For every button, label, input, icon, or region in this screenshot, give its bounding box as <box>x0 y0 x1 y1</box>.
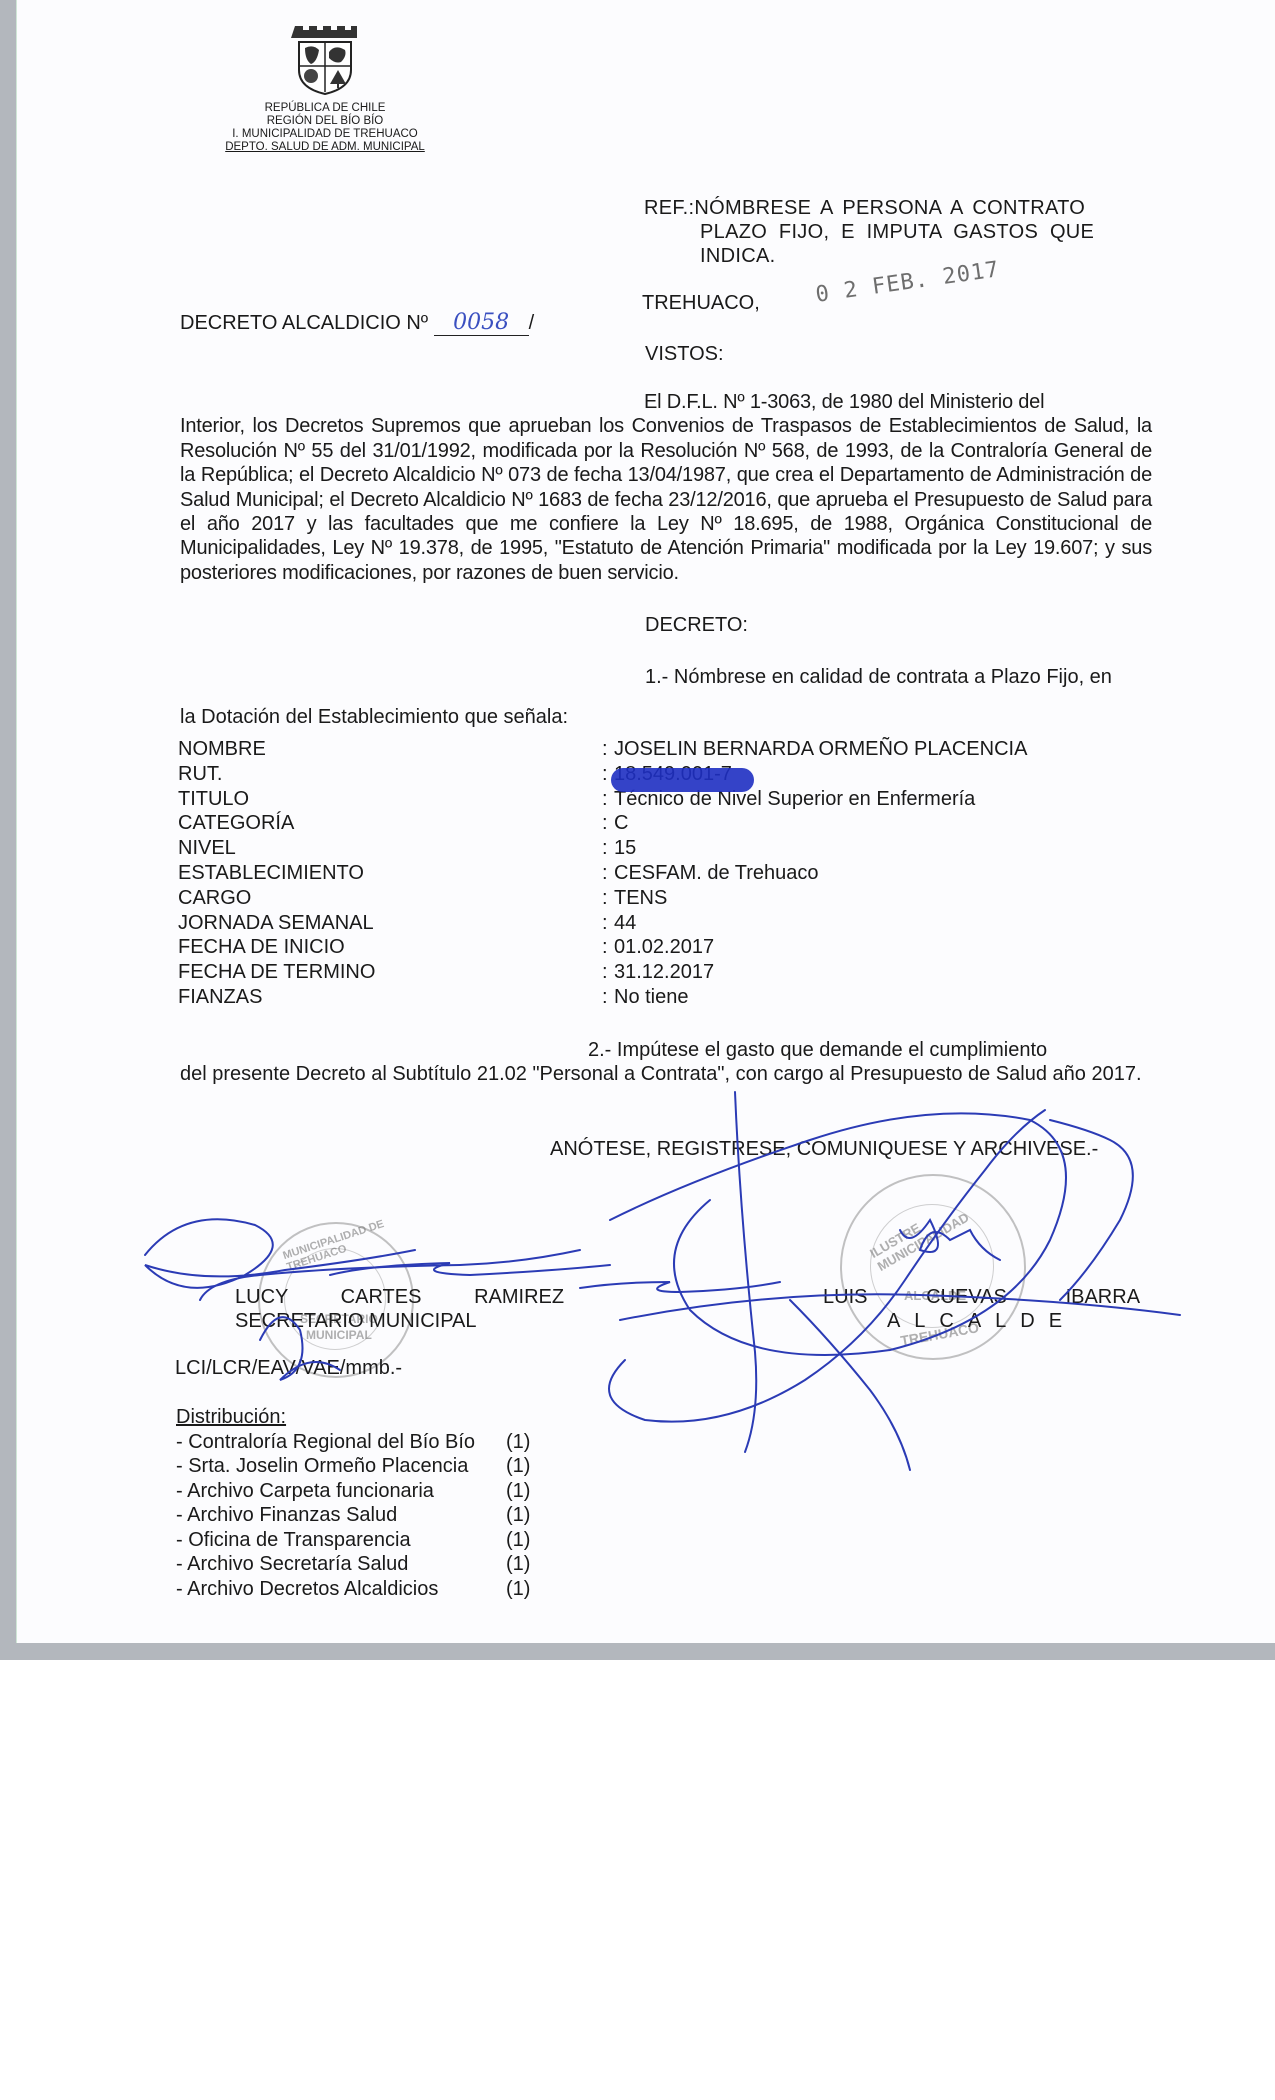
field-separator: : <box>602 811 614 836</box>
distribution-recipient: - Archivo Secretaría Salud <box>176 1552 506 1577</box>
distribution-copies: (1) <box>506 1454 530 1479</box>
header-line: REGIÓN DEL BÍO BÍO <box>200 115 450 128</box>
field-separator: : <box>602 861 614 886</box>
field-row: FECHA DE INICIO:01.02.2017 <box>178 935 1027 960</box>
document-initials: LCI/LCR/EAV/VAE/mmb.- <box>175 1357 402 1380</box>
distribution-recipient: - Srta. Joselin Ormeño Placencia <box>176 1454 506 1479</box>
place-label: TREHUACO, <box>642 292 760 315</box>
field-separator: : <box>602 911 614 936</box>
reference-line: INDICA. <box>644 244 1094 268</box>
header-line: REPÚBLICA DE CHILE <box>200 102 450 115</box>
field-value: 44 <box>614 911 636 936</box>
distribution-recipient: - Archivo Carpeta funcionaria <box>176 1479 506 1504</box>
field-value: TENS <box>614 886 667 911</box>
distribution-item: - Archivo Carpeta funcionaria(1) <box>176 1479 530 1504</box>
field-value: Técnico de Nivel Superior en Enfermería <box>614 787 975 812</box>
field-row: TITULO:Técnico de Nivel Superior en Enfe… <box>178 787 1027 812</box>
article-1-line: 1.- Nómbrese en calidad de contrata a Pl… <box>180 665 1152 689</box>
field-label: ESTABLECIMIENTO <box>178 861 602 886</box>
vistos-body: Interior, los Decretos Supremos que apru… <box>180 415 1152 583</box>
field-value: 01.02.2017 <box>614 935 714 960</box>
distribution-copies: (1) <box>506 1430 530 1455</box>
field-row: CARGO:TENS <box>178 886 1027 911</box>
secretary-name: LUCY CARTES RAMIREZ <box>233 1285 564 1309</box>
field-row: ESTABLECIMIENTO:CESFAM. de Trehuaco <box>178 861 1027 886</box>
distribution-recipient: - Contraloría Regional del Bío Bío <box>176 1430 506 1455</box>
field-row: RUT.:18.549.001-7 <box>178 762 1027 787</box>
field-value: 18.549.001-7 <box>614 762 732 787</box>
vistos-heading: VISTOS: <box>645 343 724 366</box>
field-separator: : <box>602 960 614 985</box>
field-label: CATEGORÍA <box>178 811 602 836</box>
vistos-first-line: El D.F.L. Nº 1-3063, de 1980 del Ministe… <box>180 390 1152 414</box>
distribution-recipient: - Archivo Finanzas Salud <box>176 1503 506 1528</box>
field-label: CARGO <box>178 886 602 911</box>
distribution-item: - Archivo Secretaría Salud(1) <box>176 1552 530 1577</box>
distribution-item: - Contraloría Regional del Bío Bío(1) <box>176 1430 530 1455</box>
field-row: FIANZAS:No tiene <box>178 985 1027 1010</box>
field-label: RUT. <box>178 762 602 787</box>
field-row: FECHA DE TERMINO:31.12.2017 <box>178 960 1027 985</box>
decreto-heading: DECRETO: <box>645 614 748 637</box>
field-value: JOSELIN BERNARDA ORMEÑO PLACENCIA <box>614 737 1027 762</box>
field-value: No tiene <box>614 985 689 1010</box>
field-label: FIANZAS <box>178 985 602 1010</box>
department-name: DEPTO. SALUD DE ADM. MUNICIPAL <box>200 141 450 154</box>
closing-formula: ANÓTESE, REGISTRESE, COMUNIQUESE Y ARCHI… <box>550 1138 1098 1161</box>
field-row: CATEGORÍA:C <box>178 811 1027 836</box>
header-line: I. MUNICIPALIDAD DE TREHUACO <box>200 128 450 141</box>
field-label: NOMBRE <box>178 737 602 762</box>
distribution-copies: (1) <box>506 1479 530 1504</box>
decree-suffix: / <box>529 312 535 334</box>
distribution-copies: (1) <box>506 1528 530 1553</box>
field-separator: : <box>602 787 614 812</box>
field-label: TITULO <box>178 787 602 812</box>
distribution-recipient: - Archivo Decretos Alcaldicios <box>176 1577 506 1602</box>
mayor-title: ALCALDE <box>823 1309 1140 1333</box>
field-label: NIVEL <box>178 836 602 861</box>
field-label: FECHA DE TERMINO <box>178 960 602 985</box>
distribution-list: Distribución: - Contraloría Regional del… <box>176 1405 530 1601</box>
distribution-recipient: - Oficina de Transparencia <box>176 1528 506 1553</box>
distribution-title: Distribución: <box>176 1405 530 1430</box>
article-2: 2.- Impútese el gasto que demande el cum… <box>180 1038 1152 1087</box>
secretary-signature-block: LUCY CARTES RAMIREZ SECRETARIO MUNICIPAL <box>233 1285 564 1333</box>
field-row: NOMBRE:JOSELIN BERNARDA ORMEÑO PLACENCIA <box>178 737 1027 762</box>
mayor-name: LUIS CUEVAS IBARRA <box>823 1285 1140 1309</box>
field-separator: : <box>602 985 614 1010</box>
article-1-line: la Dotación del Establecimiento que seña… <box>180 705 1152 729</box>
field-value: CESFAM. de Trehuaco <box>614 861 819 886</box>
field-separator: : <box>602 836 614 861</box>
field-row: NIVEL:15 <box>178 836 1027 861</box>
reference-line: REF.:NÓMBRESE A PERSONA A CONTRATO <box>644 197 1085 219</box>
field-label: JORNADA SEMANAL <box>178 911 602 936</box>
distribution-item: - Archivo Finanzas Salud(1) <box>176 1503 530 1528</box>
field-value: C <box>614 811 628 836</box>
municipal-coat-of-arms-icon <box>289 22 361 96</box>
field-value: 31.12.2017 <box>614 960 714 985</box>
decree-label: DECRETO ALCALDICIO Nº <box>180 312 428 334</box>
distribution-copies: (1) <box>506 1503 530 1528</box>
distribution-copies: (1) <box>506 1577 530 1602</box>
reference-block: REF.:NÓMBRESE A PERSONA A CONTRATO PLAZO… <box>644 196 1094 268</box>
letterhead: REPÚBLICA DE CHILE REGIÓN DEL BÍO BÍO I.… <box>200 22 450 154</box>
field-separator: : <box>602 886 614 911</box>
distribution-copies: (1) <box>506 1552 530 1577</box>
article-2-first-line: 2.- Impútese el gasto que demande el cum… <box>180 1038 1152 1062</box>
article-1: 1.- Nómbrese en calidad de contrata a Pl… <box>180 665 1152 729</box>
field-label: FECHA DE INICIO <box>178 935 602 960</box>
field-separator: : <box>602 935 614 960</box>
field-separator: : <box>602 737 614 762</box>
decree-number-handwritten: 0058 <box>434 310 529 336</box>
field-separator: : <box>602 762 614 787</box>
secretary-title: SECRETARIO MUNICIPAL <box>233 1309 564 1333</box>
appointment-details: NOMBRE:JOSELIN BERNARDA ORMEÑO PLACENCIA… <box>178 737 1027 1010</box>
article-2-body: del presente Decreto al Subtítulo 21.02 … <box>180 1063 1142 1085</box>
reference-line: PLAZO FIJO, E IMPUTA GASTOS QUE <box>644 220 1094 244</box>
field-row: JORNADA SEMANAL:44 <box>178 911 1027 936</box>
distribution-item: - Oficina de Transparencia(1) <box>176 1528 530 1553</box>
mayor-signature-block: LUIS CUEVAS IBARRA ALCALDE <box>823 1285 1140 1333</box>
field-value: 15 <box>614 836 636 861</box>
decree-number: DECRETO ALCALDICIO Nº 0058/ <box>180 310 534 336</box>
distribution-item: - Srta. Joselin Ormeño Placencia(1) <box>176 1454 530 1479</box>
vistos-paragraph: El D.F.L. Nº 1-3063, de 1980 del Ministe… <box>180 390 1152 585</box>
distribution-item: - Archivo Decretos Alcaldicios(1) <box>176 1577 530 1602</box>
